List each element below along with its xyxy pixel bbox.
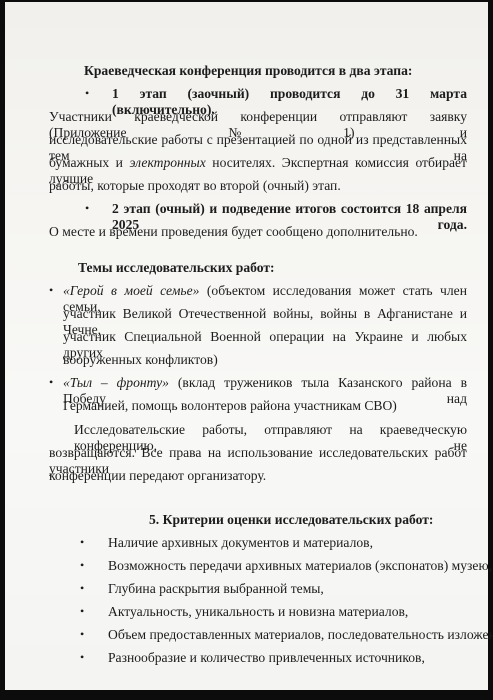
topics-heading: Темы исследовательских работ:	[78, 260, 493, 276]
bullet-icon: •	[80, 627, 84, 642]
document-page: Краеведческая конференция проводится в д…	[5, 2, 488, 690]
topic-1-line-4: вооруженных конфликтов)	[63, 352, 481, 368]
stage2-line: О месте и времени проведения будет сообщ…	[49, 224, 467, 240]
topic-1-title: «Герой в моей семье»	[63, 283, 199, 298]
bullet-icon: •	[80, 604, 84, 619]
bullet-icon: •	[80, 650, 84, 665]
topic-2-line-2: Германией, помощь волонтеров района учас…	[63, 398, 481, 414]
criteria-item: Глубина раскрытия выбранной темы,	[108, 581, 324, 597]
criteria-item: Наличие архивных документов и материалов…	[108, 535, 373, 551]
criteria-item: Возможность передачи архивных материалов…	[108, 558, 492, 574]
bullet-icon: •	[85, 201, 89, 216]
stage1-line-4: работы, которые проходят во второй (очны…	[49, 178, 467, 194]
bullet-icon: •	[80, 558, 84, 573]
italic-text: электронных	[130, 155, 206, 170]
bullet-icon: •	[80, 535, 84, 550]
criteria-item: Объем предоставленных материалов, послед…	[108, 627, 493, 643]
bullet-icon: •	[85, 86, 89, 101]
criteria-item: Актуальность, уникальность и новизна мат…	[108, 604, 408, 620]
criteria-heading: 5. Критерии оценки исследовательских раб…	[149, 512, 493, 528]
bullet-icon: •	[80, 581, 84, 596]
text: бумажных и	[49, 155, 130, 170]
topic-2-title: «Тыл – фронту»	[63, 375, 169, 390]
criteria-item: Разнообразие и количество привлеченных и…	[108, 650, 425, 666]
bullet-icon: •	[49, 283, 53, 298]
bullet-icon: •	[49, 375, 53, 390]
stages-heading: Краеведческая конференция проводится в д…	[84, 63, 493, 79]
rights-line-3: конференции передают организатору.	[49, 468, 467, 484]
